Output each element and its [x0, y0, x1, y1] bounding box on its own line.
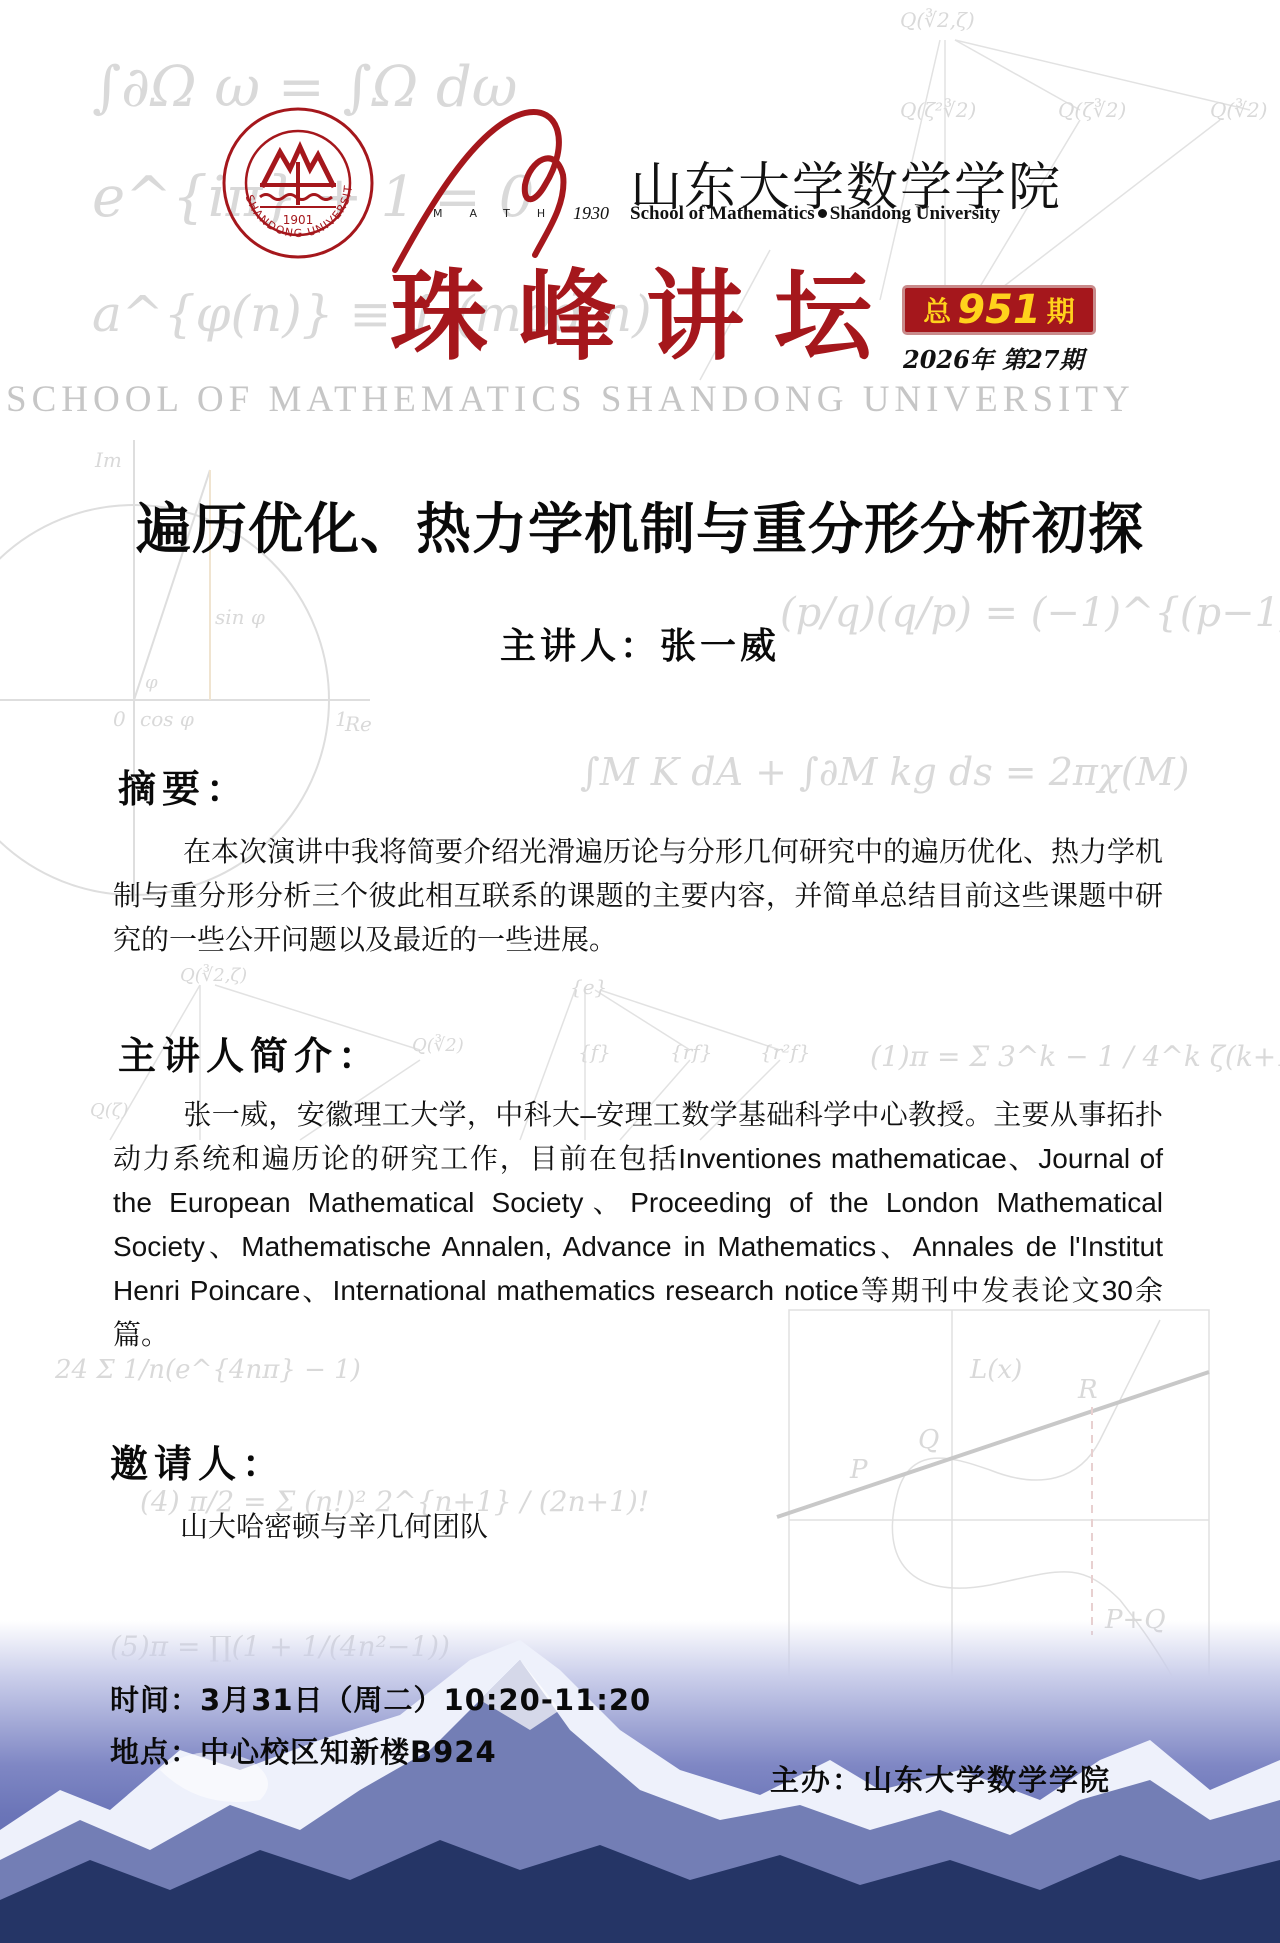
sum-24-formula: 24 Σ 1/n(e^{4nπ} − 1): [55, 1355, 361, 1385]
host-value: 山东大学数学学院: [863, 1763, 1111, 1797]
line-lx-label: L(x): [970, 1355, 1022, 1385]
field-label: Q(∛2): [412, 1035, 464, 1056]
bio-body: 张一威，安徽理工大学，中科大–安理工数学基础科学中心教授。主要从事拓扑动力系统和…: [113, 1099, 1163, 1350]
point-q-label: Q: [918, 1425, 939, 1455]
issue-suffix: 期: [1047, 290, 1075, 330]
point-p-label: P: [850, 1455, 868, 1485]
school-name-en-left: School of Mathematics: [630, 203, 815, 224]
abstract-heading: 摘要：: [118, 758, 250, 813]
year-issue: 2026年 第27期: [903, 340, 1084, 375]
math-logo-word: MATH: [433, 207, 572, 220]
bio-heading: 主讲人简介：: [118, 1025, 382, 1080]
group-label: {r²f}: [760, 1040, 810, 1064]
field-label: Q(ζ∛2): [1058, 98, 1126, 122]
one-label: 1: [335, 707, 348, 731]
issue-prefix: 总: [923, 290, 951, 330]
time-line: 时间：3月31日（周二）10:20-11:20: [110, 1678, 651, 1719]
group-label: {f}: [578, 1040, 611, 1064]
math-school-swoosh-logo: [385, 105, 635, 275]
time-label: 时间：: [110, 1683, 200, 1717]
place-label: 地点：: [110, 1735, 200, 1769]
shandong-university-seal: 1901 SHANDONG UNIVERSITY: [222, 107, 374, 259]
gauss-bonnet-formula: ∫M K dA + ∫∂M kg ds = 2πχ(M): [580, 750, 1189, 794]
origin-label: 0: [113, 707, 126, 731]
cos-label: cos φ: [140, 707, 194, 731]
speaker-line: 主讲人：张一威: [0, 618, 1280, 669]
inviter-heading: 邀请人：: [110, 1433, 286, 1488]
abstract-body: 在本次演讲中我将简要介绍光滑遍历论与分形几何研究中的遍历优化、热力学机制与重分形…: [113, 835, 1163, 956]
group-label: {rf}: [670, 1040, 712, 1064]
point-r-label: R: [1078, 1375, 1098, 1405]
school-name-en: School of MathematicsShandong University: [630, 203, 1000, 225]
phi-label: φ: [145, 672, 158, 693]
issue-number: 951: [957, 287, 1041, 333]
footer-mountain-banner: 时间：3月31日（周二）10:20-11:20 地点：中心校区知新楼B924 主…: [0, 1620, 1280, 1943]
abstract-text: 在本次演讲中我将简要介绍光滑遍历论与分形几何研究中的遍历优化、热力学机制与重分形…: [113, 830, 1163, 962]
bio-text: 张一威，安徽理工大学，中科大–安理工数学基础科学中心教授。主要从事拓扑动力系统和…: [113, 1093, 1163, 1357]
speaker-name: 张一威: [660, 625, 780, 667]
place-line: 地点：中心校区知新楼B924: [110, 1730, 497, 1771]
founding-year: 1930: [573, 203, 609, 224]
host-line: 主办：山东大学数学学院: [770, 1758, 1111, 1799]
svg-text:1901: 1901: [283, 213, 314, 227]
field-label: Q(ζ²∛2): [900, 98, 976, 122]
place-value: 中心校区知新楼B924: [200, 1735, 497, 1769]
axis-label-im: Im: [95, 448, 122, 472]
time-value: 3月31日（周二）10:20-11:20: [200, 1683, 651, 1717]
host-label: 主办：: [770, 1763, 863, 1797]
group-label: {e}: [570, 975, 607, 999]
field-label: Q(∛2,ζ): [900, 8, 975, 32]
field-label: Q(∛2,ζ): [180, 965, 247, 986]
school-name-en-right: Shandong University: [830, 203, 1001, 224]
axis-label-re: Re: [345, 712, 372, 736]
forum-title: 珠峰讲坛: [390, 268, 902, 366]
issue-badge: 总 951 期: [902, 285, 1096, 335]
field-label: Q(∛2): [1210, 98, 1267, 122]
talk-title: 遍历优化、热力学机制与重分形分析初探: [0, 485, 1280, 564]
pi-series-1-formula: (1)π = Σ 3^k − 1 / 4^k ζ(k+1): [870, 1040, 1280, 1073]
inviter-name: 山大哈密顿与辛几何团队: [180, 1505, 780, 1549]
separator-dot-icon: [818, 209, 827, 218]
english-banner: SCHOOL OF MATHEMATICS SHANDONG UNIVERSIT…: [6, 378, 1280, 421]
speaker-label: 主讲人：: [500, 625, 660, 667]
